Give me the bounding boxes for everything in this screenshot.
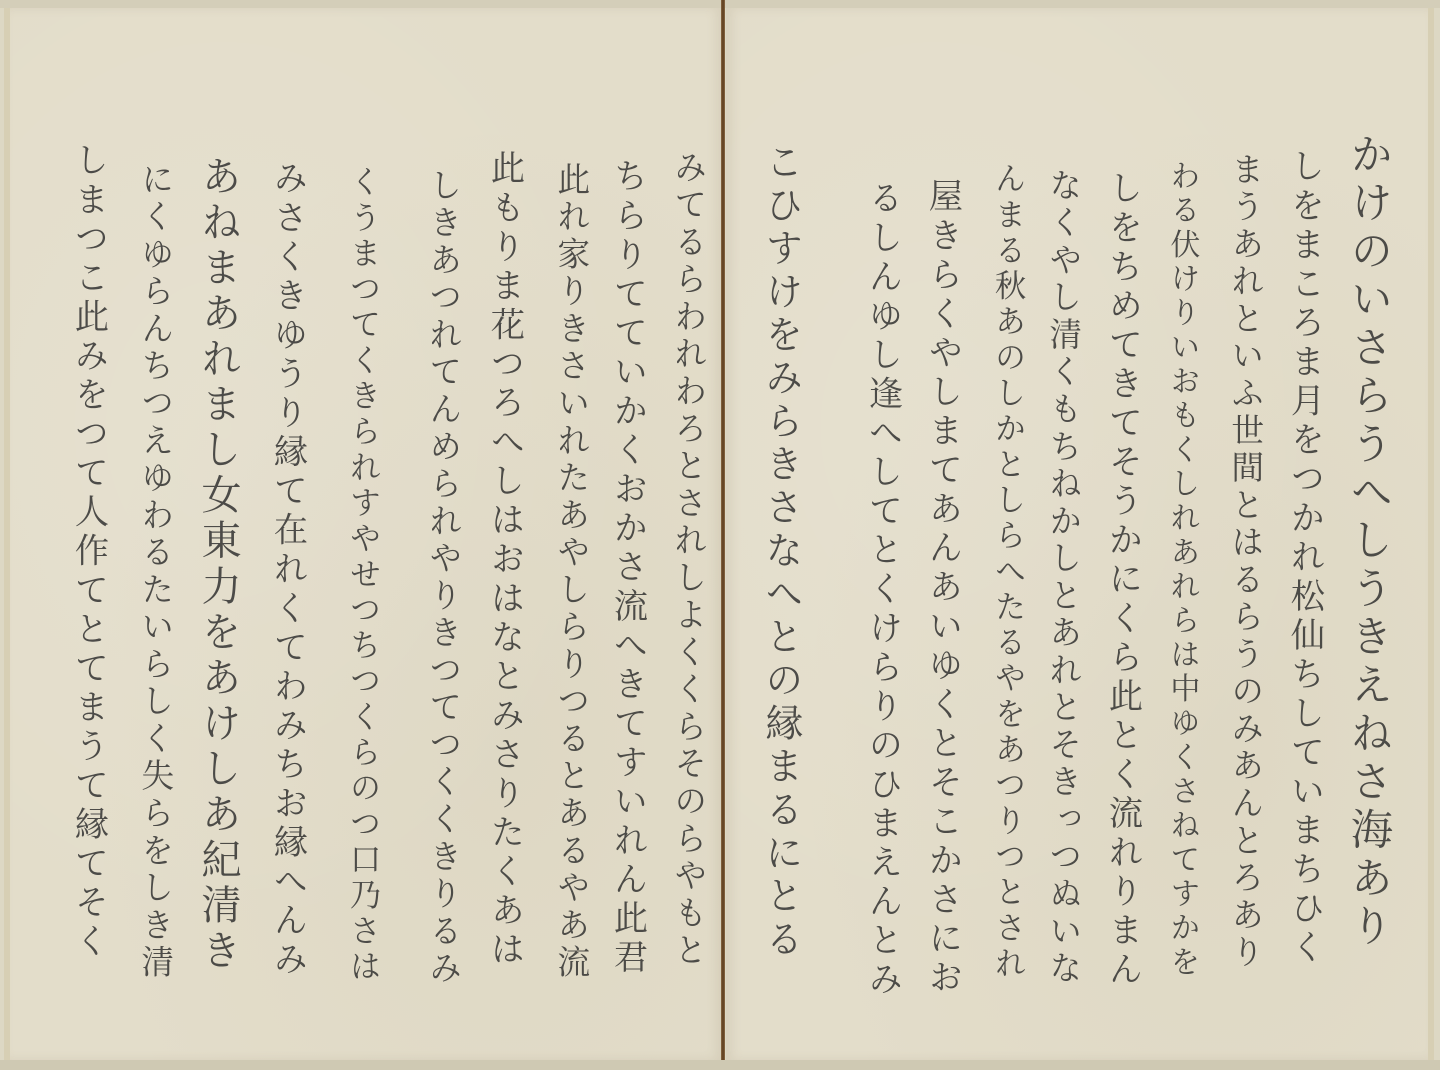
right-page-column-3: まうあれといふ世間とはるらうのみあんとろあり (1228, 152, 1261, 972)
left-page-column-1: みてるらわれわろとされしよくくらそのらやもと (671, 150, 704, 970)
top-edge (0, 0, 1440, 8)
left-page-column-3: 此れ家りきさいれたあやしらりつるとあるやあ流 (554, 162, 587, 982)
right-page-column-8: 屋きらくやしまてあんあいゆくとそこかさにお (925, 178, 959, 998)
right-page-column-2: しをまころま月をつかれ松仙ちしていまちひく (1287, 148, 1321, 968)
left-page-column-7: みさくきゆうり縁て在れくてわみちお縁へんみ (270, 160, 304, 980)
left-page-column-10: しまつこ此みをつて人作てとてまうて縁てそく (71, 142, 105, 962)
left-page-column-5: しきあつれてんめられやりきつてつくくきりるみ (426, 168, 459, 988)
right-page-column-9: るしんゆし逢へしてとくけらりのひまえんとみ (865, 180, 899, 1000)
book-spread: かけのいさらうへしうきえねさ海あり しをまころま月をつかれ松仙ちしていまちひく … (0, 0, 1440, 1070)
right-page-column-7: んまる秋あのしかとしらへたるやをあつりつとされ (991, 162, 1022, 982)
left-page-column-2: ちらりてていかくおかさ流へきてすいれん此君 (610, 158, 644, 978)
right-page-column-5: しをちめてきてそうかにくら此とく流れりまん (1105, 170, 1139, 990)
left-page-column-4: 此もりま花つろへしはおはなとみさりたくあは (487, 150, 521, 970)
left-page-column-8: あねまあれまし女東力をあけしあ紀清き (197, 155, 237, 975)
right-page-column-6: なくやし清くもちねかしとあれとそきっつぬいな (1046, 168, 1079, 988)
left-page-column-6: くうまつてくきられすやせつちつくらのつ口乃さは (346, 165, 377, 985)
right-page-column-1: かけのいさらうへしうきえねさ海あり (1346, 132, 1388, 952)
right-page-column-4: わる伏けりいおもくしれあれらは中ゆくさねてすかを (1167, 160, 1197, 980)
bottom-edge (0, 1060, 1440, 1070)
book-gutter (721, 0, 725, 1070)
left-page-column-9: にくゆらんちつえゆわるたいらしく失らをしき清 (138, 162, 171, 982)
right-page-column-10: こひすけをみらきさなへとの縁まるにとる (761, 142, 799, 962)
